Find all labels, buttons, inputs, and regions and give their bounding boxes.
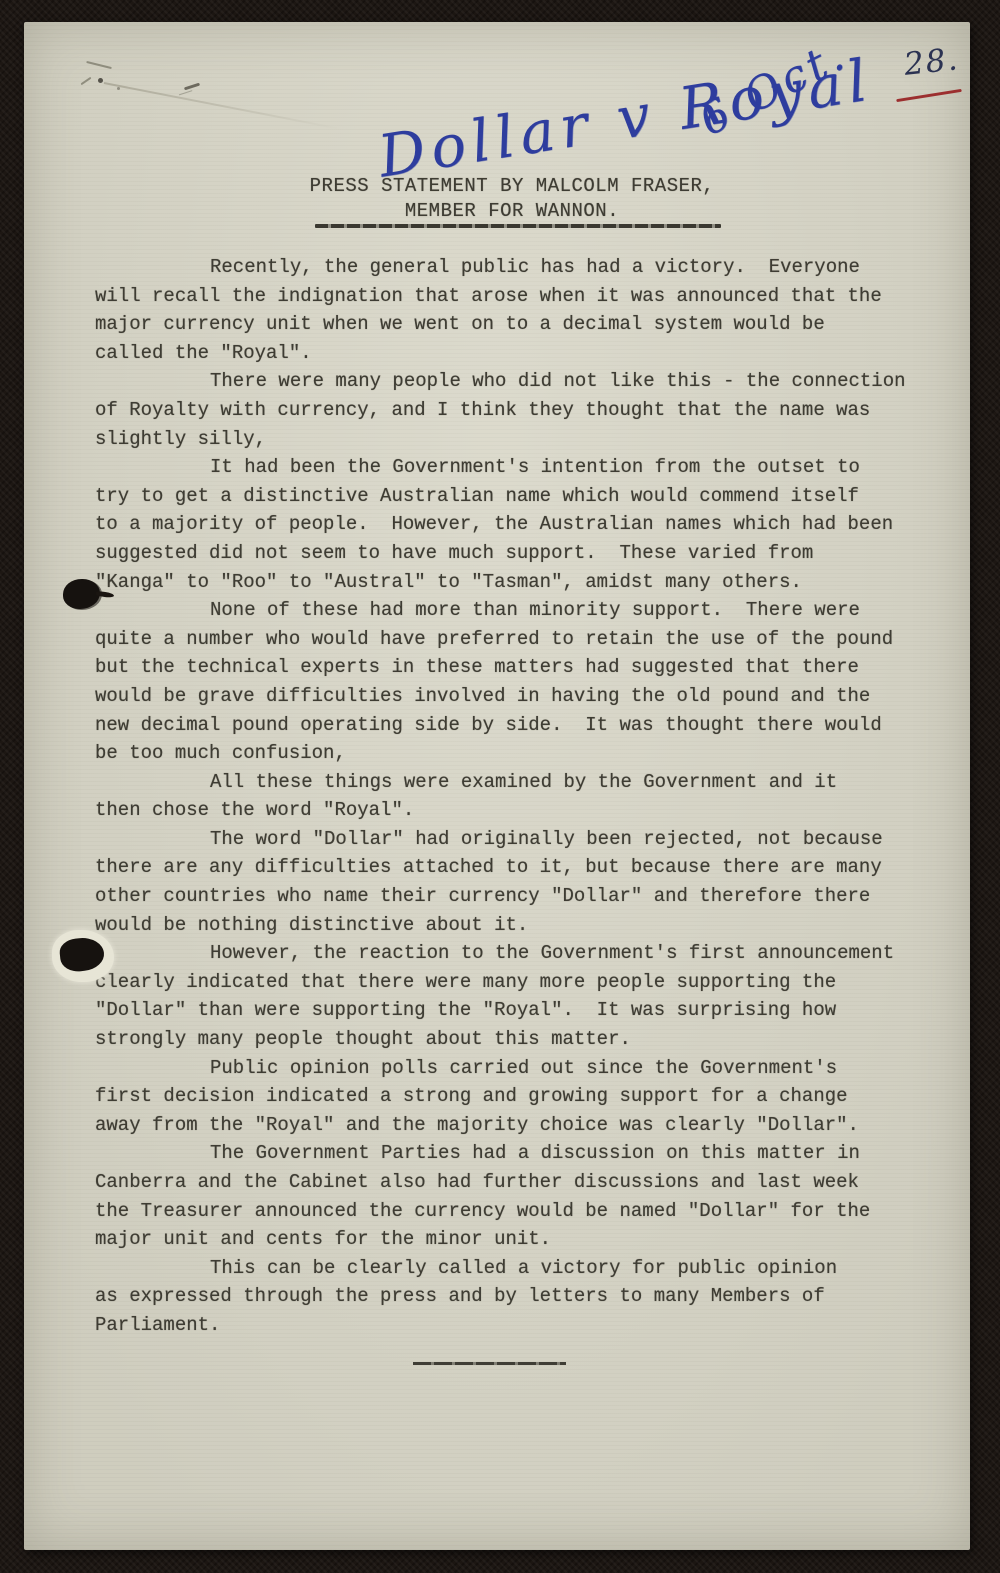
heading-line-1: PRESS STATEMENT BY MALCOLM FRASER, (310, 175, 715, 197)
paragraph-10: This can be clearly called a victory for… (95, 1254, 935, 1340)
heading-line-2: MEMBER FOR WANNON. (405, 200, 619, 222)
document-page: Dollar v Royal 6 Oct. 28. PRESS STATEMEN… (24, 22, 970, 1550)
paragraph-1: Recently, the general public has had a v… (95, 253, 935, 367)
paper-crease (104, 82, 340, 129)
page-number-red-underline (896, 89, 962, 102)
statement-body: Recently, the general public has had a v… (95, 253, 935, 1340)
paragraph-8: Public opinion polls carried out since t… (95, 1054, 935, 1140)
closing-divider (413, 1362, 566, 1365)
paragraph-3: It had been the Government's intention f… (95, 453, 935, 596)
paragraph-4: None of these had more than minority sup… (95, 596, 935, 768)
paragraph-2: There were many people who did not like … (95, 367, 935, 453)
press-statement-heading: PRESS STATEMENT BY MALCOLM FRASER,MEMBER… (212, 174, 812, 224)
pin-scratch-mark (81, 77, 92, 86)
paragraph-6: The word "Dollar" had originally been re… (95, 825, 935, 939)
paragraph-9: The Government Parties had a discussion … (95, 1139, 935, 1253)
pin-scratch-mark (184, 83, 200, 91)
paragraph-5: All these things were examined by the Go… (95, 768, 935, 825)
heading-underline (315, 224, 721, 228)
page-number: 28. (902, 41, 961, 83)
pin-scratch-mark (86, 61, 112, 69)
paragraph-7: However, the reaction to the Government'… (95, 939, 935, 1053)
pin-hole-mark (98, 78, 103, 83)
